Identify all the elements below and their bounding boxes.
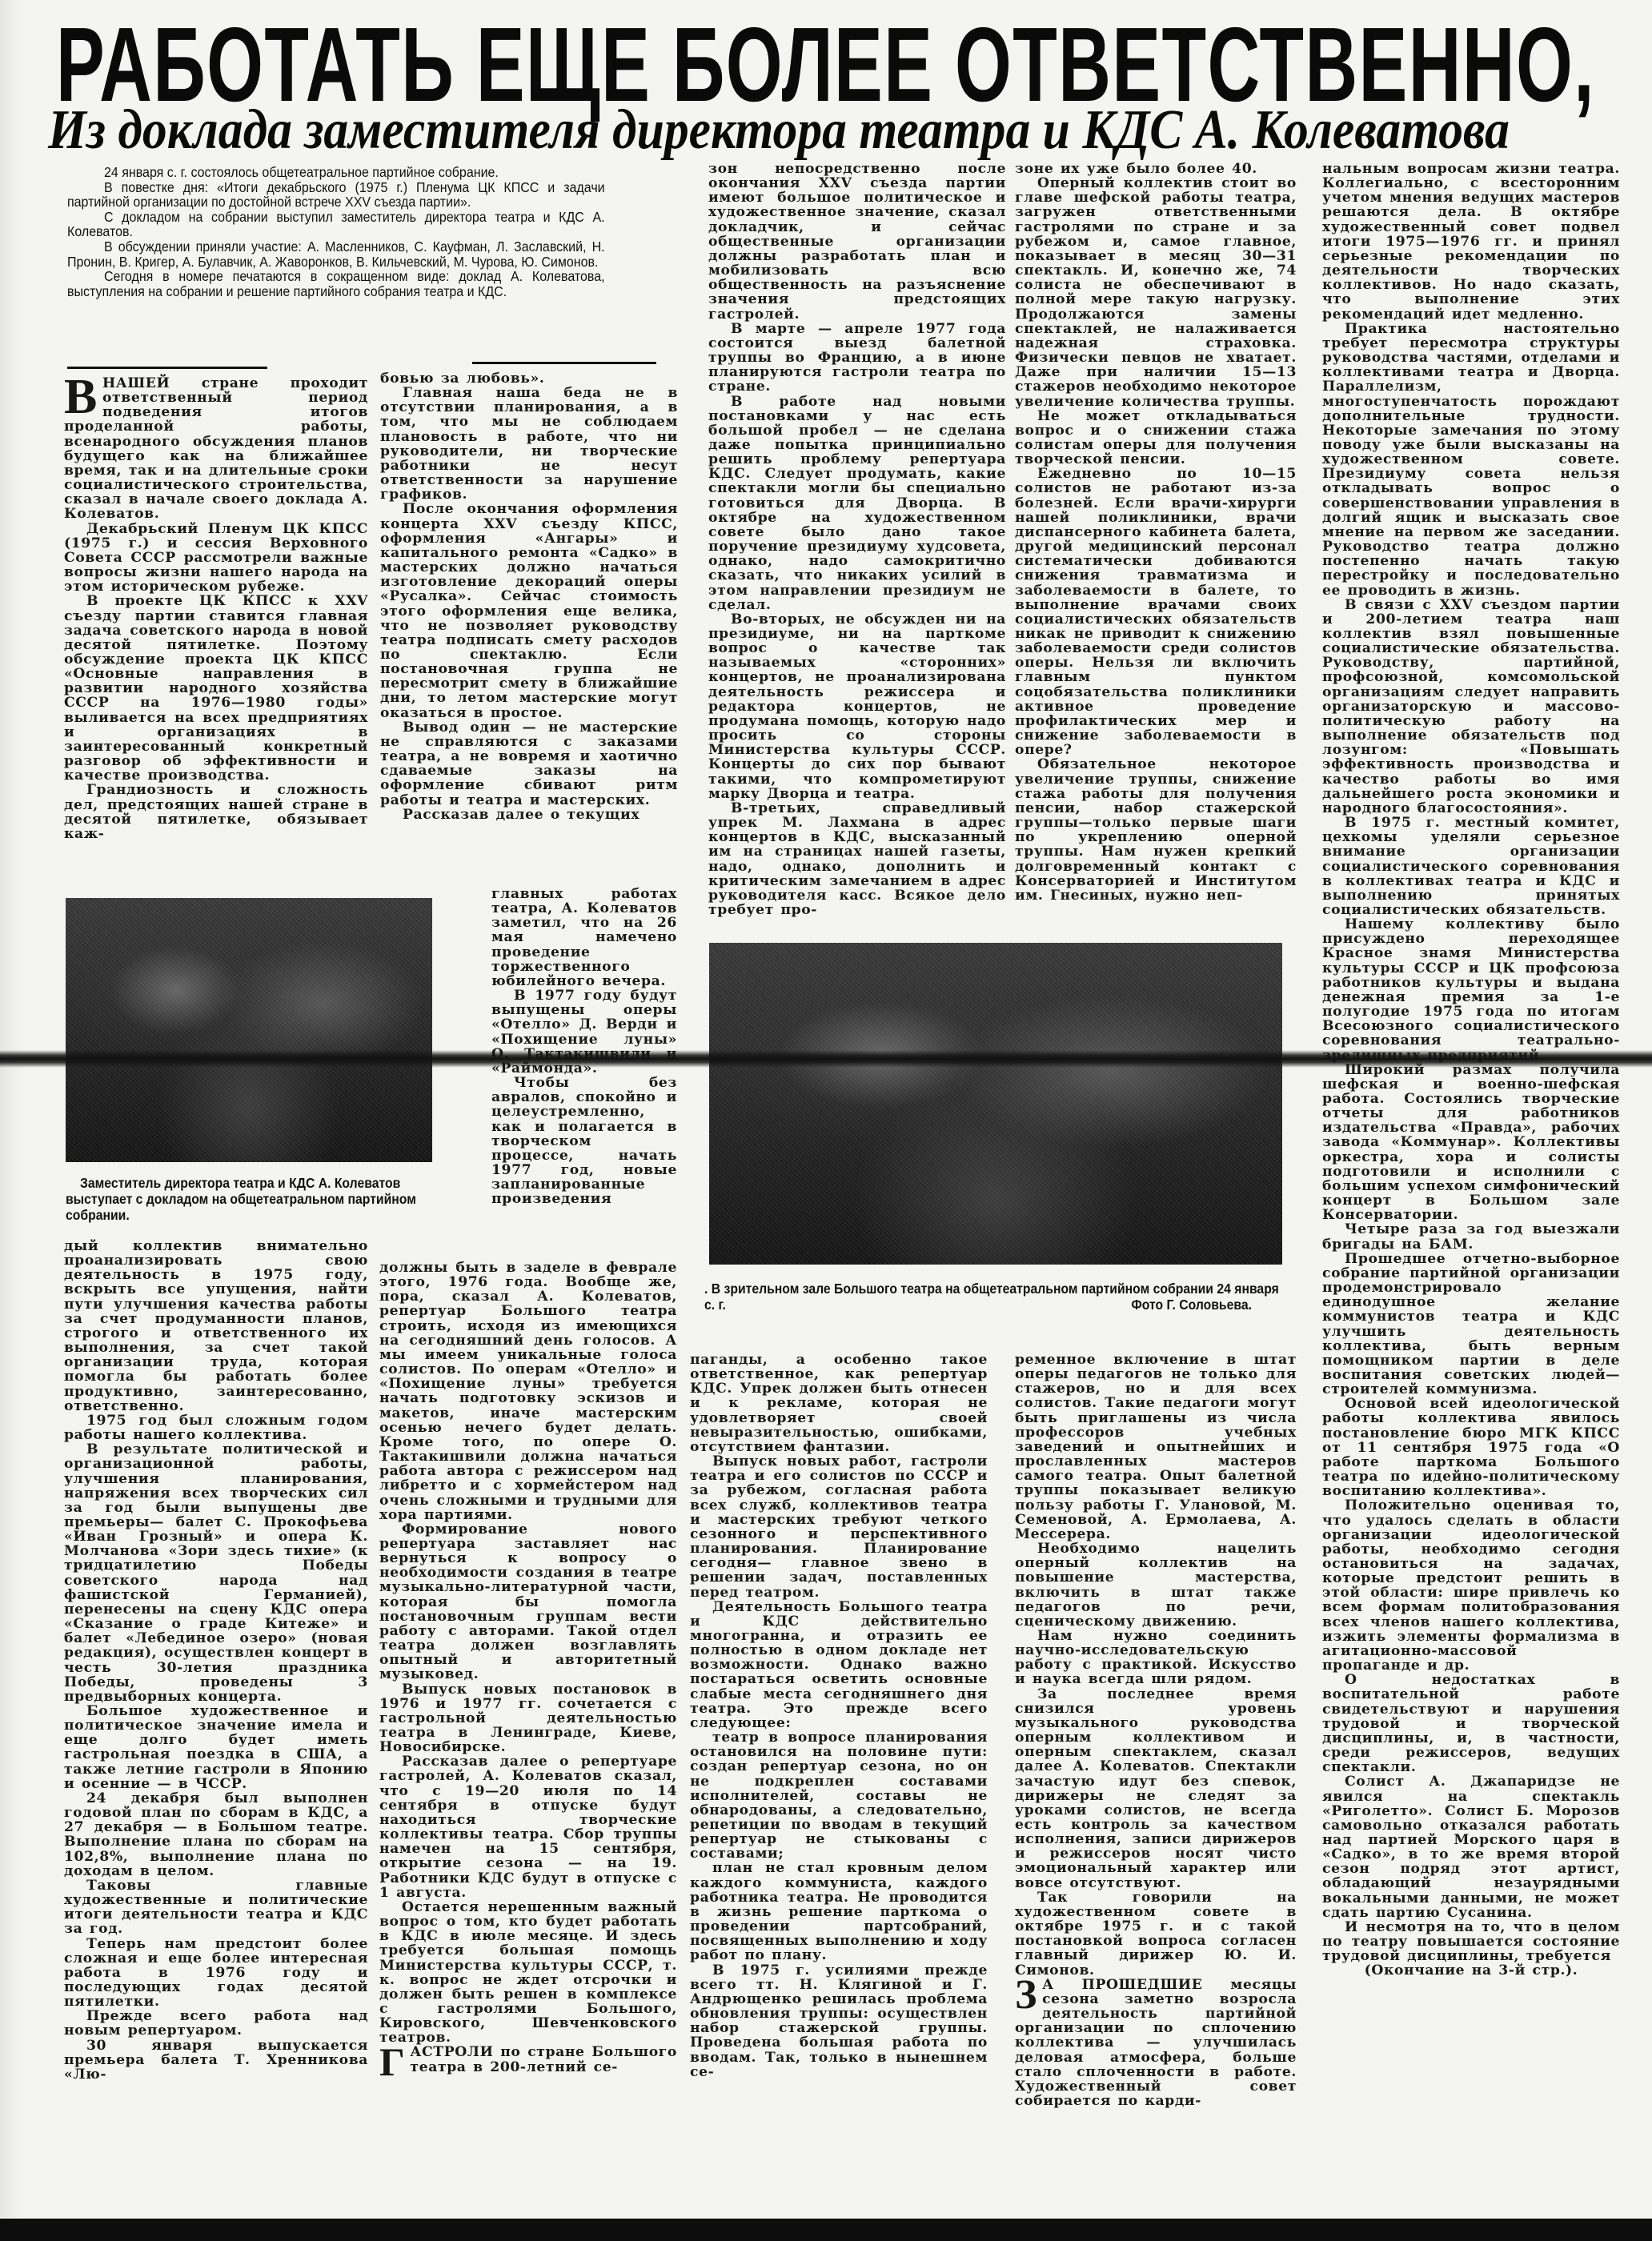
article-paragraph: Прежде всего работа над новым репертуаро…	[64, 2009, 368, 2038]
column-5: нальным вопросам жизни театра. Коллегиал…	[1322, 162, 1620, 1978]
audience-photo-caption: . В зрительном зале Большого театра на о…	[704, 1281, 1281, 1313]
article-paragraph: Практика настоятельно требует пересмотра…	[1322, 322, 1620, 598]
article-paragraph: Не может откладываться вопрос и о снижен…	[1015, 409, 1297, 467]
article-paragraph: И несмотря на то, что в целом по театру …	[1322, 1920, 1620, 1963]
article-paragraph: Так говорили на художественном совете в …	[1015, 1890, 1297, 1978]
speaker-photo-caption: Заместитель директора театра и КДС А. Ко…	[66, 1175, 426, 1223]
article-paragraph: план не стал кровным делом каждого комму…	[690, 1861, 988, 1962]
article-paragraph: После окончания оформления концерта XXV …	[380, 502, 678, 720]
column-3-top: зон непосредственно после окончания XXV …	[708, 162, 1006, 917]
article-paragraph: Остается нерешенным важный вопрос о том,…	[379, 1900, 677, 2046]
article-paragraph: дый коллектив внимательно проанализирова…	[64, 1239, 368, 1413]
article-paragraph: Выпуск новых работ, гастроли театра и ег…	[690, 1454, 988, 1600]
article-paragraph: Нашему коллективу было присуждено перехо…	[1322, 917, 1620, 1063]
article-paragraph: театр в вопросе планирования остановился…	[690, 1730, 988, 1861]
intro-paragraph: В повестке дня: «Итоги декабрьского (197…	[67, 180, 605, 210]
article-paragraph: Формирование нового репертуара заставляе…	[379, 1522, 677, 1682]
article-paragraph: Положительно оценивая то, что удалось сд…	[1322, 1498, 1620, 1673]
article-paragraph: В 1975 г. усилиями прежде всего тт. Н. К…	[690, 1963, 988, 2079]
intro-block: 24 января с. г. состоялось общетеатральн…	[67, 165, 605, 299]
column-4-top: зоне их уже было более 40. Оперный колле…	[1015, 162, 1297, 903]
intro-divider-left	[67, 367, 267, 369]
intro-divider-right	[472, 362, 656, 364]
column-2-bottom: должны быть в заделе в феврале этого, 19…	[379, 1261, 677, 2077]
article-paragraph: Грандиозность и сложность дел, предстоящ…	[64, 783, 368, 841]
article-paragraph: бовью за любовь».	[380, 371, 678, 386]
article-paragraph: В 1975 г. местный комитет, цехкомы уделя…	[1322, 816, 1620, 917]
article-paragraph: Широкий размах получила шефская и военно…	[1322, 1063, 1620, 1223]
article-paragraph: 30 января выпускается премьера балета Т.…	[64, 2039, 368, 2082]
dropcap-letter: В	[64, 378, 98, 416]
article-paragraph: нальным вопросам жизни театра. Коллегиал…	[1322, 162, 1620, 322]
column-2-top: бовью за любовь». Главная наша беда не в…	[380, 371, 678, 822]
article-paragraph: Декабрьский Пленум ЦК КПСС (1975 г.) и с…	[64, 522, 368, 595]
article-paragraph: Ежедневно по 10—15 солистов не работают …	[1015, 467, 1297, 757]
audience-photo	[709, 943, 1282, 1265]
article-paragraph: Нам нужно соединить научно-исследователь…	[1015, 1629, 1297, 1687]
article-paragraph: ременное включение в штат оперы педагого…	[1015, 1353, 1297, 1541]
article-paragraph: В проекте ЦК КПСС к XXV съезду партии ст…	[64, 594, 368, 783]
article-paragraph: Деятельность Большого театра и КДС дейст…	[690, 1600, 988, 1730]
article-paragraph: Основой всей идеологической работы колле…	[1322, 1397, 1620, 1498]
column-1-bottom: дый коллектив внимательно проанализирова…	[64, 1239, 368, 2082]
page-subheadline: Из доклада заместителя директора театра …	[48, 94, 1429, 166]
article-paragraph: должны быть в заделе в феврале этого, 19…	[379, 1261, 677, 1522]
article-paragraph: Оперный коллектив стоит во главе шефской…	[1015, 176, 1297, 409]
article-paragraph: Обязательное некоторое увеличение труппы…	[1015, 757, 1297, 903]
article-paragraph: Теперь нам предстоит более сложная и еще…	[64, 1937, 368, 2010]
scan-edge-shadow	[0, 0, 24, 2217]
speaker-photo	[66, 898, 432, 1162]
intro-paragraph: 24 января с. г. состоялось общетеатральн…	[67, 165, 605, 180]
column-1-top: ВНАШЕЙ стране проходит ответственный пер…	[64, 376, 368, 841]
intro-paragraph: В обсуждении приняли участие: А. Масленн…	[67, 239, 605, 269]
photo-credit: Фото Г. Соловьева.	[704, 1297, 1281, 1313]
article-paragraph: Таковы главные художественные и политиче…	[64, 1878, 368, 1937]
article-paragraph: О недостатках в воспитательной работе св…	[1322, 1673, 1620, 1774]
article-paragraph: Солист А. Джапаридзе не явился на спекта…	[1322, 1774, 1620, 1920]
article-paragraph: Рассказав далее о репертуаре гастролей, …	[379, 1754, 677, 1900]
article-paragraph: зон непосредственно после окончания XXV …	[708, 162, 1006, 322]
article-paragraph: Вывод один — не мастерские не справляютс…	[380, 720, 678, 808]
scan-smear-artifact	[0, 1050, 1652, 1068]
article-paragraph: Необходимо нацелить оперный коллектив на…	[1015, 1541, 1297, 1629]
article-paragraph: 24 декабря был выполнен годовой план по …	[64, 1791, 368, 1878]
article-paragraph: зоне их уже было более 40.	[1015, 162, 1297, 176]
article-paragraph: В-третьих, справедливый упрек М. Лахмана…	[708, 801, 1006, 917]
article-paragraph: За последнее время снизился уровень музы…	[1015, 1687, 1297, 1890]
article-paragraph: 1975 год был сложным годом работы нашего…	[64, 1413, 368, 1442]
scan-bottom-edge	[0, 2219, 1652, 2241]
column-2-narrow: главных работах театра, А. Колеватов зам…	[491, 887, 677, 1206]
intro-paragraph: Сегодня в номере печатаются в сокращенно…	[67, 269, 605, 299]
continuation-note: (Окончание на 3-й стр.).	[1322, 1963, 1620, 1978]
article-paragraph: Чтобы без авралов, спокойно и целеустрем…	[491, 1076, 677, 1206]
article-paragraph: В марте — апреле 1977 года состоится вые…	[708, 322, 1006, 395]
article-paragraph: В работе над новыми постановками у нас е…	[708, 395, 1006, 612]
article-paragraph: Четыре раза за год выезжали бригады на Б…	[1322, 1222, 1620, 1251]
dropcap-letter: Г	[379, 2047, 405, 2077]
column-3-bottom: паганды, а особенно такое ответственное,…	[690, 1353, 988, 2079]
section-lead-paragraph: ЗА ПРОШЕДШИЕ месяцы сезона заметно возро…	[1015, 1978, 1297, 2108]
article-paragraph: Выпуск новых постановок в 1976 и 1977 гг…	[379, 1682, 677, 1755]
article-paragraph: Рассказав далее о текущих	[380, 808, 678, 822]
lead-paragraph: ВНАШЕЙ стране проходит ответственный пер…	[64, 376, 368, 522]
intro-paragraph: С докладом на собрании выступил заместит…	[67, 210, 605, 239]
article-paragraph: В связи с XXV съездом партии и 200-летие…	[1322, 598, 1620, 816]
gastroli-lead-paragraph: ГАСТРОЛИ по стране Большого театра в 200…	[379, 2045, 677, 2074]
article-paragraph: Большое художественное и политическое зн…	[64, 1704, 368, 1791]
article-paragraph: Во-вторых, не обсужден ни на президиуме,…	[708, 612, 1006, 801]
article-paragraph: Главная наша беда не в отсутствии планир…	[380, 386, 678, 502]
article-paragraph: В результате политической и организацион…	[64, 1442, 368, 1704]
article-paragraph: Прошедшее отчетно-выборное собрание парт…	[1322, 1252, 1620, 1397]
article-paragraph: паганды, а особенно такое ответственное,…	[690, 1353, 988, 1454]
column-4-bottom: ременное включение в штат оперы педагого…	[1015, 1353, 1297, 2108]
article-paragraph: главных работах театра, А. Колеватов зам…	[491, 887, 677, 988]
dropcap-letter: З	[1015, 1979, 1037, 2011]
